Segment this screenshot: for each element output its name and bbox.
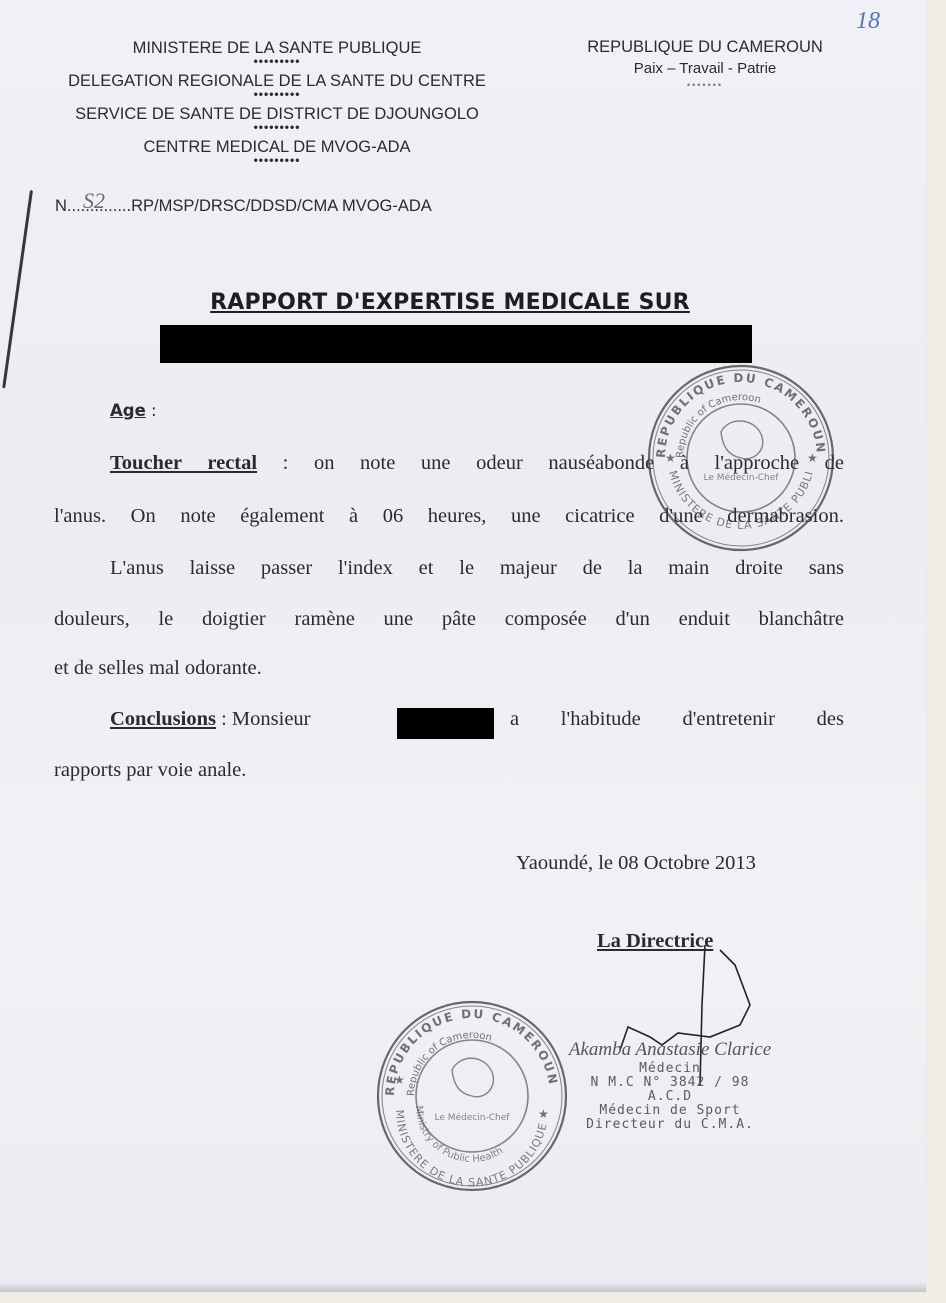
rectal-exam-label: Toucher rectal [110,452,257,474]
conclusion-line-2: rapports par voie anale. [54,759,844,782]
handwritten-page-number: 18 [856,8,880,35]
country-name: REPUBLIQUE DU CAMEROUN [570,38,840,57]
stamp-text: Le Médecin-Chef [435,1112,511,1123]
signatory-line: Médecin de Sport [550,1104,790,1118]
report-title: RAPPORT D'EXPERTISE MEDICALE SUR [0,290,900,315]
conclusion-prefix: : Monsieur [216,708,311,730]
separator-dots: ••••••••• [52,91,502,104]
finding-line-3: et de selles mal odorante. [54,657,844,680]
reference-number-line: N..............RP/MSP/DRSC/DDSD/CMA MVOG… [55,197,432,216]
handwritten-reference-number: S2 [83,188,105,214]
signatory-line: A.C.D [550,1090,790,1104]
age-colon: : [146,401,157,420]
separator-dots: ••••••••• [52,157,502,170]
place-and-date: Yaoundé, le 08 Octobre 2013 [516,852,756,875]
svg-text:★: ★ [665,451,676,465]
svg-text:★: ★ [394,1073,405,1087]
redacted-patient-name [397,708,494,739]
age-field: Age : [110,401,157,420]
signatory-line: N M.C N° 3842 / 98 [550,1076,790,1090]
letterhead-right: REPUBLIQUE DU CAMEROUN Paix – Travail - … [570,38,840,89]
separator-dots: ••••••• [570,81,840,89]
separator-dots: ••••••••• [52,58,502,71]
stamp-text: Le Médecin-Chef [704,472,780,483]
signatory-line: Médecin [550,1062,790,1076]
signatory-stamp-block: Akamba Anastasie Clarice Médecin N M.C N… [550,1038,790,1132]
svg-text:★: ★ [807,451,818,465]
separator-dots: ••••••••• [52,124,502,137]
finding-line-1: L'anus laisse passer l'index et le majeu… [110,557,844,580]
official-stamp-top: REPUBLIQUE DU CAMEROUN Republic of Camer… [643,362,839,554]
conclusions-label: Conclusions [110,708,216,730]
letterhead-left: MINISTERE DE LA SANTE PUBLIQUE •••••••••… [52,38,502,170]
finding-line-2: douleurs, le doigtier ramène une pâte co… [54,608,844,631]
conclusion-text: a l'habitude d'entretenir des [510,708,844,731]
national-motto: Paix – Travail - Patrie [570,57,840,81]
signatory-line: Directeur du C.M.A. [550,1118,790,1132]
redacted-subject-name [160,325,752,363]
official-stamp-bottom: REPUBLIQUE DU CAMEROUN Republic of Camer… [372,998,572,1194]
conclusion-lead: Conclusions : Monsieur [110,708,311,731]
age-label: Age [110,401,146,420]
signatory-name: Akamba Anastasie Clarice [550,1038,790,1062]
page-edge-shadow [0,1282,926,1292]
svg-text:★: ★ [538,1107,549,1121]
